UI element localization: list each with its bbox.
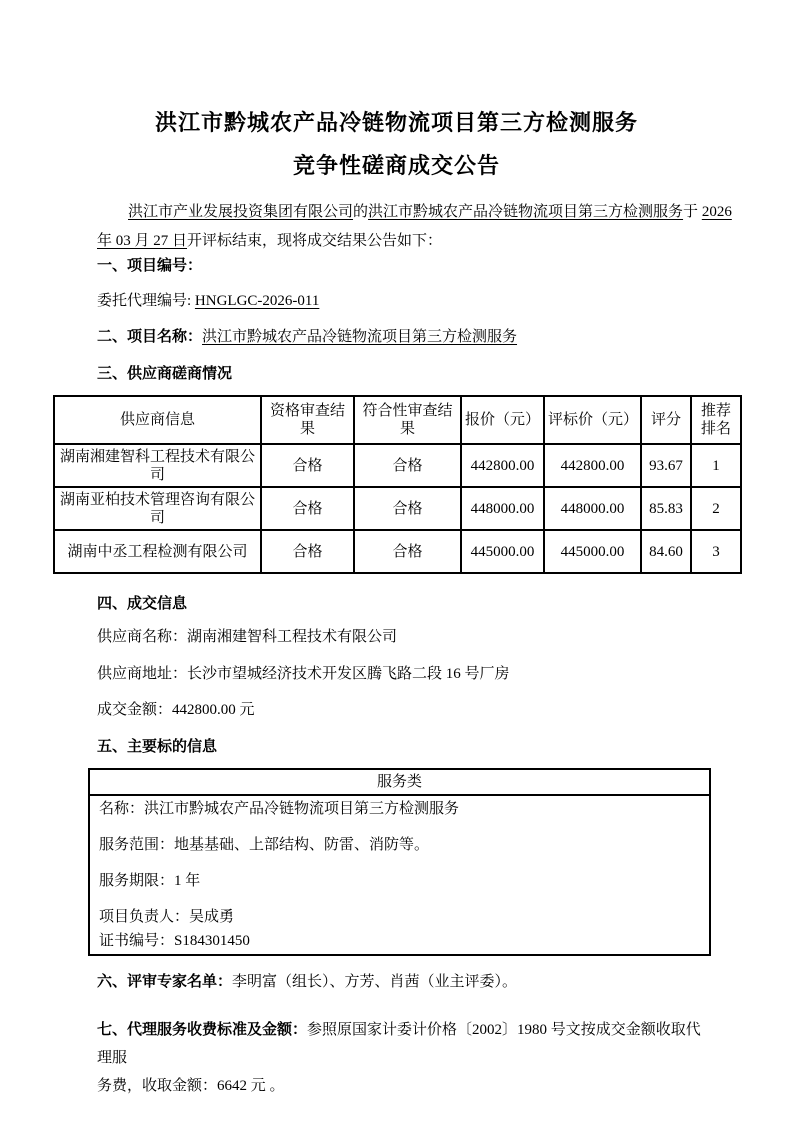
supplier-table-header-row: 供应商信息 资格审查结果 符合性审查结果 报价（元） 评标价（元） 评分 推荐排… bbox=[54, 396, 741, 444]
project-leader-line: 项目负责人：吴成勇 bbox=[99, 909, 700, 926]
section-6-heading: 六、评审专家名单： bbox=[97, 974, 232, 990]
table-cell-quote: 448000.00 bbox=[461, 487, 544, 530]
intro-paragraph: 洪江市产业发展投资集团有限公司的洪江市黔城农产品冷链物流项目第三方检测服务于 2… bbox=[97, 198, 712, 256]
col-header-quote: 报价（元） bbox=[461, 396, 544, 444]
section-2-line: 二、项目名称：洪江市黔城农产品冷链物流项目第三方检测服务 bbox=[97, 327, 712, 347]
service-table-body: 名称：洪江市黔城农产品冷链物流项目第三方检测服务 服务范围：地基基础、上部结构、… bbox=[90, 796, 709, 954]
table-cell-qualification: 合格 bbox=[261, 487, 354, 530]
intro-connector-1: 的 bbox=[353, 204, 368, 220]
col-header-score: 评分 bbox=[641, 396, 691, 444]
section-2-heading: 二、项目名称： bbox=[97, 329, 202, 345]
agency-code-label: 委托代理编号: bbox=[97, 293, 195, 309]
table-cell-supplier: 湖南中丞工程检测有限公司 bbox=[54, 530, 261, 573]
expert-list: 李明富（组长）、方芳、肖茜（业主评委）。 bbox=[232, 974, 517, 990]
table-cell-qualification: 合格 bbox=[261, 444, 354, 487]
document-page: 洪江市黔城农产品冷链物流项目第三方检测服务 竞争性磋商成交公告 洪江市产业发展投… bbox=[0, 0, 793, 1122]
table-cell-conformity: 合格 bbox=[354, 487, 461, 530]
table-cell-supplier: 湖南湘建智科工程技术有限公司 bbox=[54, 444, 261, 487]
table-cell-conformity: 合格 bbox=[354, 530, 461, 573]
table-cell-qualification: 合格 bbox=[261, 530, 354, 573]
table-cell-score: 85.83 bbox=[641, 487, 691, 530]
section-1-heading: 一、项目编号： bbox=[97, 256, 712, 276]
deal-amount-line: 成交金额：442800.00 元 bbox=[97, 700, 712, 720]
col-header-conformity: 符合性审查结果 bbox=[354, 396, 461, 444]
table-row: 湖南中丞工程检测有限公司 合格 合格 445000.00 445000.00 8… bbox=[54, 530, 741, 573]
agency-code-line: 委托代理编号: HNGLGC-2026-011 bbox=[97, 291, 712, 311]
col-header-eval-price: 评标价（元） bbox=[544, 396, 641, 444]
table-cell-rank: 3 bbox=[691, 530, 741, 573]
table-cell-eval-price: 448000.00 bbox=[544, 487, 641, 530]
bid-open-year: 2026 bbox=[702, 204, 732, 220]
section-6-line: 六、评审专家名单：李明富（组长）、方芳、肖茜（业主评委）。 bbox=[97, 972, 712, 992]
table-cell-rank: 2 bbox=[691, 487, 741, 530]
service-name-line: 名称：洪江市黔城农产品冷链物流项目第三方检测服务 bbox=[99, 801, 700, 818]
intro-connector-2: 于 bbox=[683, 204, 702, 220]
table-cell-score: 93.67 bbox=[641, 444, 691, 487]
intro-tail: 开评标结束，现将成交结果公告如下： bbox=[187, 233, 442, 249]
intro-project-name: 洪江市黔城农产品冷链物流项目第三方检测服务 bbox=[368, 204, 683, 220]
table-cell-conformity: 合格 bbox=[354, 444, 461, 487]
service-table: 服务类 名称：洪江市黔城农产品冷链物流项目第三方检测服务 服务范围：地基基础、上… bbox=[88, 768, 711, 956]
service-term-line: 服务期限：1 年 bbox=[99, 873, 700, 890]
table-cell-quote: 445000.00 bbox=[461, 530, 544, 573]
table-cell-rank: 1 bbox=[691, 444, 741, 487]
col-header-rank: 推荐排名 bbox=[691, 396, 741, 444]
service-table-header: 服务类 bbox=[90, 770, 709, 796]
intro-line-1: 洪江市产业发展投资集团有限公司的洪江市黔城农产品冷链物流项目第三方检测服务于 2… bbox=[97, 198, 712, 227]
table-cell-eval-price: 442800.00 bbox=[544, 444, 641, 487]
table-cell-supplier: 湖南亚柏技术管理咨询有限公司 bbox=[54, 487, 261, 530]
table-row: 湖南湘建智科工程技术有限公司 合格 合格 442800.00 442800.00… bbox=[54, 444, 741, 487]
supplier-name-line: 供应商名称：湖南湘建智科工程技术有限公司 bbox=[97, 627, 712, 647]
project-name: 洪江市黔城农产品冷链物流项目第三方检测服务 bbox=[202, 329, 517, 345]
purchaser-name: 洪江市产业发展投资集团有限公司 bbox=[128, 204, 353, 220]
service-scope-line: 服务范围：地基基础、上部结构、防雷、消防等。 bbox=[99, 837, 700, 854]
table-cell-eval-price: 445000.00 bbox=[544, 530, 641, 573]
certificate-no-line: 证书编号：S184301450 bbox=[99, 933, 700, 950]
agency-code: HNGLGC-2026-011 bbox=[195, 293, 319, 309]
col-header-qualification: 资格审查结果 bbox=[261, 396, 354, 444]
col-header-supplier-info: 供应商信息 bbox=[54, 396, 261, 444]
bid-open-date: 年 03 月 27 日 bbox=[97, 233, 187, 249]
section-5-heading: 五、主要标的信息 bbox=[97, 737, 712, 757]
doc-body: 洪江市产业发展投资集团有限公司的洪江市黔城农产品冷链物流项目第三方检测服务于 2… bbox=[97, 198, 712, 1100]
table-row: 湖南亚柏技术管理咨询有限公司 合格 合格 448000.00 448000.00… bbox=[54, 487, 741, 530]
supplier-table: 供应商信息 资格审查结果 符合性审查结果 报价（元） 评标价（元） 评分 推荐排… bbox=[53, 395, 742, 574]
doc-subtitle: 竞争性磋商成交公告 bbox=[0, 153, 793, 179]
section-3-heading: 三、供应商磋商情况 bbox=[97, 364, 712, 384]
supplier-address-line: 供应商地址：长沙市望城经济技术开发区腾飞路二段 16 号厂房 bbox=[97, 664, 712, 684]
table-cell-score: 84.60 bbox=[641, 530, 691, 573]
doc-title: 洪江市黔城农产品冷链物流项目第三方检测服务 bbox=[0, 0, 793, 136]
section-7-paragraph: 七、代理服务收费标准及金额：参照原国家计委计价格〔2002〕1980 号文按成交… bbox=[97, 1016, 712, 1100]
section-4-heading: 四、成交信息 bbox=[97, 594, 712, 614]
section-7-heading: 七、代理服务收费标准及金额： bbox=[97, 1022, 307, 1038]
intro-line-2: 年 03 月 27 日开评标结束，现将成交结果公告如下： bbox=[97, 227, 712, 256]
agency-fee-line-1: 七、代理服务收费标准及金额：参照原国家计委计价格〔2002〕1980 号文按成交… bbox=[97, 1016, 712, 1072]
table-cell-quote: 442800.00 bbox=[461, 444, 544, 487]
agency-fee-line-2: 务费，收取金额：6642 元 。 bbox=[97, 1072, 712, 1100]
